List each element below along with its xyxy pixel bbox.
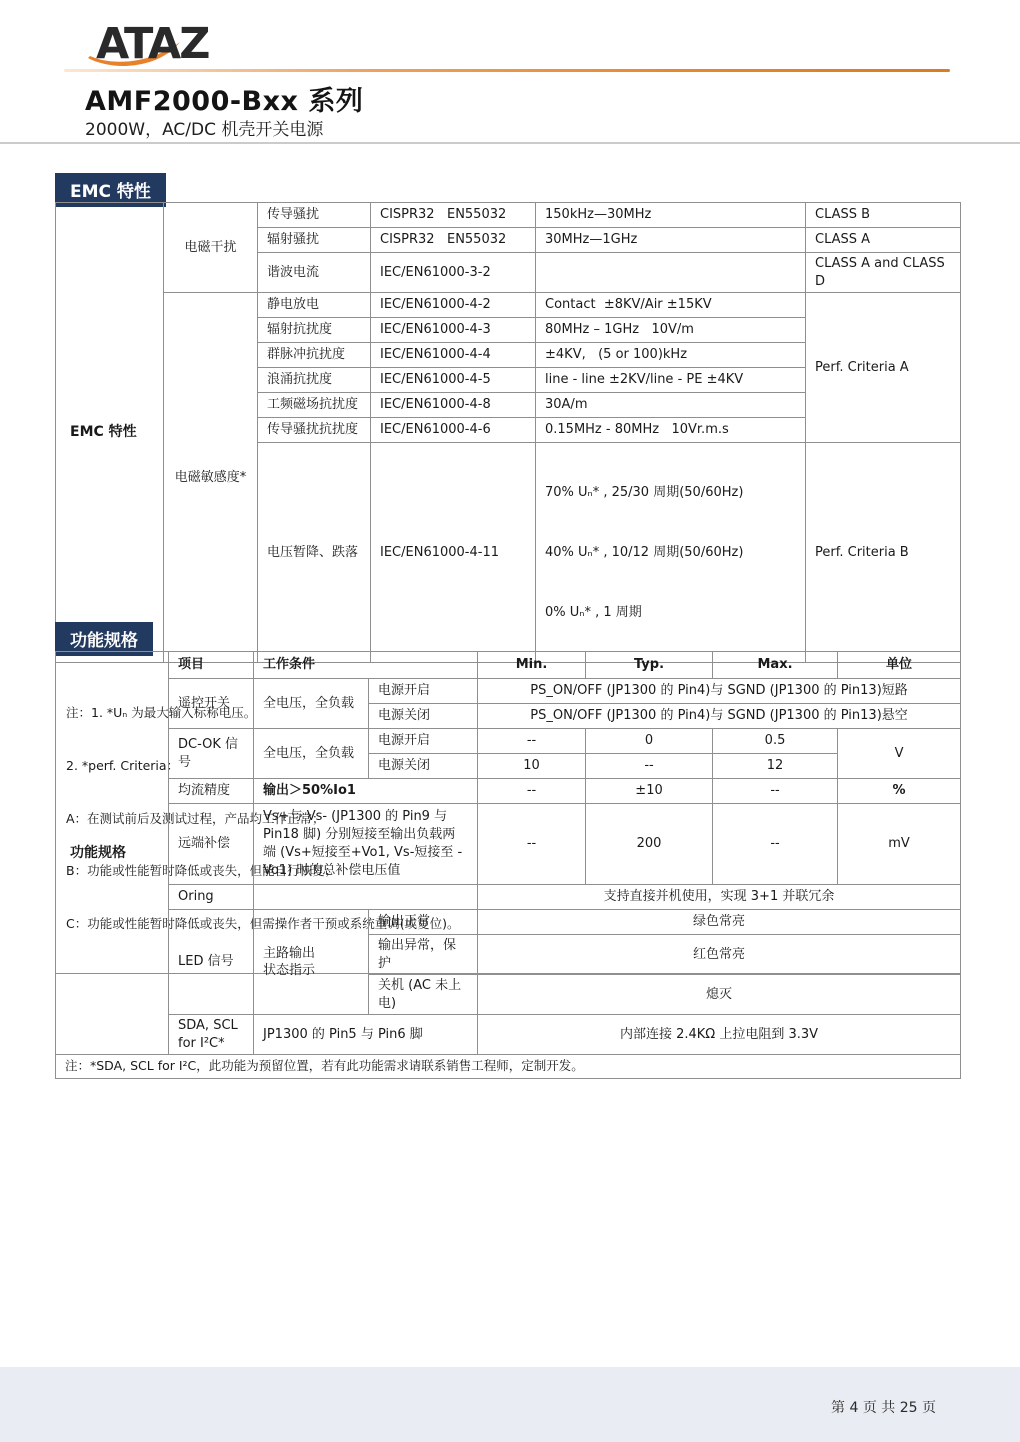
emc-cond-cell bbox=[536, 253, 806, 293]
table-row: SDA, SCL for I²C* JP1300 的 Pin5 与 Pin6 脚… bbox=[56, 1015, 961, 1055]
table-row: LED 信号 主路输出 状态指示 输出正常 绿色常亮 bbox=[56, 910, 961, 935]
spec-value-cell: 熄灭 bbox=[478, 975, 961, 1015]
spec-cond-cell: 主路输出 状态指示 bbox=[254, 910, 369, 1015]
emc-cond-cell: 30A/m bbox=[536, 393, 806, 418]
table-row: DC-OK 信号 全电压，全负载 电源开启 -- 0 0.5 V bbox=[56, 729, 961, 754]
dips-line: 0% Uₙ* , 1 周期 bbox=[545, 600, 796, 625]
spec-typ-cell: 200 bbox=[586, 804, 713, 885]
spec-max-cell: -- bbox=[713, 779, 838, 804]
col-header-unit: 单位 bbox=[838, 652, 961, 679]
emc-item-cell: 辐射抗扰度 bbox=[258, 318, 371, 343]
emc-std-cell: IEC/EN61000-4-5 bbox=[371, 368, 536, 393]
table-row: 电磁敏感度* 静电放电 IEC/EN61000-4-2 Contact ±8KV… bbox=[56, 293, 961, 318]
spec-item-cell: LED 信号 bbox=[169, 910, 254, 1015]
emc-item-cell: 传导骚扰 bbox=[258, 203, 371, 228]
col-header-min: Min. bbox=[478, 652, 586, 679]
spec-table: 功能规格 项目 工作条件 Min. Typ. Max. 单位 遥控开关 全电压，… bbox=[55, 651, 961, 1079]
spec-cond-cell: JP1300 的 Pin5 与 Pin6 脚 bbox=[254, 1015, 478, 1055]
emc-cond-cell: 30MHz—1GHz bbox=[536, 228, 806, 253]
emc-std-cell: CISPR32 EN55032 bbox=[371, 228, 536, 253]
spec-value-cell: 绿色常亮 bbox=[478, 910, 961, 935]
spec-min-cell: -- bbox=[478, 779, 586, 804]
spec-side-label: 功能规格 bbox=[56, 652, 169, 1055]
spec-item-cell: SDA, SCL for I²C* bbox=[169, 1015, 254, 1055]
spec-item-cell: DC-OK 信号 bbox=[169, 729, 254, 779]
emc-side-label: EMC 特性 bbox=[56, 203, 164, 663]
spec-cond-cell: Vs+与 Vs- (JP1300 的 Pin9 与 Pin18 脚) 分别短接至… bbox=[254, 804, 478, 885]
spec-unit-cell: mV bbox=[838, 804, 961, 885]
emc-item-cell: 浪涌抗扰度 bbox=[258, 368, 371, 393]
page-title: AMF2000-Bxx 系列 bbox=[85, 79, 363, 118]
table-row: 注：*SDA, SCL for I²C，此功能为预留位置，若有此功能需求请联系销… bbox=[56, 1055, 961, 1079]
table-header-row: 功能规格 项目 工作条件 Min. Typ. Max. 单位 bbox=[56, 652, 961, 679]
spec-min-cell: -- bbox=[478, 804, 586, 885]
spec-value-cell: 支持直接并机使用，实现 3+1 并联冗余 bbox=[478, 885, 961, 910]
header-accent-rule bbox=[64, 69, 950, 72]
page-number: 第 4 页 共 25 页 bbox=[831, 1397, 936, 1417]
spec-subcond-cell: 电源开启 bbox=[369, 729, 478, 754]
spec-cond-cell: 全电压，全负载 bbox=[254, 729, 369, 779]
table-row: Oring 支持直接并机使用，实现 3+1 并联冗余 bbox=[56, 885, 961, 910]
dips-line: 70% Uₙ* , 25/30 周期(50/60Hz) bbox=[545, 480, 796, 505]
emc-std-cell: IEC/EN61000-4-8 bbox=[371, 393, 536, 418]
spec-cond-cell: 输出＞50%Io1 bbox=[254, 779, 478, 804]
emc-item-cell: 工频磁场抗扰度 bbox=[258, 393, 371, 418]
spec-min-cell: 10 bbox=[478, 754, 586, 779]
col-header-typ: Typ. bbox=[586, 652, 713, 679]
datasheet-page: ATAZ AMF2000-Bxx 系列 2000W，AC/DC 机壳开关电源 E… bbox=[0, 0, 1020, 1442]
emc-std-cell: IEC/EN61000-4-11 bbox=[371, 443, 536, 663]
footer-band: 第 4 页 共 25 页 bbox=[0, 1367, 1020, 1442]
spec-item-cell: Oring bbox=[169, 885, 254, 910]
spec-value-cell: PS_ON/OFF (JP1300 的 Pin4)与 SGND (JP1300 … bbox=[478, 679, 961, 704]
emc-std-cell: IEC/EN61000-4-6 bbox=[371, 418, 536, 443]
emc-cond-cell: 80MHz – 1GHz 10V/m bbox=[536, 318, 806, 343]
table-row: EMC 特性 电磁干扰 传导骚扰 CISPR32 EN55032 150kHz—… bbox=[56, 203, 961, 228]
emc-item-cell: 电压暂降、跌落 bbox=[258, 443, 371, 663]
emc-item-cell: 静电放电 bbox=[258, 293, 371, 318]
emc-std-cell: IEC/EN61000-3-2 bbox=[371, 253, 536, 293]
spec-typ-cell: 0 bbox=[586, 729, 713, 754]
header-divider bbox=[0, 142, 1020, 144]
spec-unit-cell: V bbox=[838, 729, 961, 779]
emc-class-cell: CLASS A and CLASS D bbox=[806, 253, 961, 293]
emc-class-cell: CLASS B bbox=[806, 203, 961, 228]
emc-cond-cell: 0.15MHz - 80MHz 10Vr.m.s bbox=[536, 418, 806, 443]
emc-cond-cell: line - line ±2KV/line - PE ±4KV bbox=[536, 368, 806, 393]
spec-value-cell: 内部连接 2.4KΩ 上拉电阻到 3.3V bbox=[478, 1015, 961, 1055]
emc-class-cell: CLASS A bbox=[806, 228, 961, 253]
emc-item-cell: 群脉冲抗扰度 bbox=[258, 343, 371, 368]
emc-cond-cell: Contact ±8KV/Air ±15KV bbox=[536, 293, 806, 318]
table-row: 均流精度 输出＞50%Io1 -- ±10 -- % bbox=[56, 779, 961, 804]
spec-min-cell: -- bbox=[478, 729, 586, 754]
spec-subcond-cell: 电源开启 bbox=[369, 679, 478, 704]
spec-subcond-cell: 电源关闭 bbox=[369, 754, 478, 779]
spec-typ-cell: -- bbox=[586, 754, 713, 779]
emc-std-cell: IEC/EN61000-4-2 bbox=[371, 293, 536, 318]
emc-std-cell: IEC/EN61000-4-4 bbox=[371, 343, 536, 368]
spec-item-cell: 遥控开关 bbox=[169, 679, 254, 729]
spec-max-cell: 0.5 bbox=[713, 729, 838, 754]
emc-group-ems: 电磁敏感度* bbox=[164, 293, 258, 663]
emc-cond-cell: 150kHz—30MHz bbox=[536, 203, 806, 228]
spec-subcond-cell: 输出异常，保护 bbox=[369, 935, 478, 975]
emc-perf-b-cell: Perf. Criteria B bbox=[806, 443, 961, 663]
emc-perf-a-cell: Perf. Criteria A bbox=[806, 293, 961, 443]
table-row: 远端补偿 Vs+与 Vs- (JP1300 的 Pin9 与 Pin18 脚) … bbox=[56, 804, 961, 885]
emc-dips-cell: 70% Uₙ* , 25/30 周期(50/60Hz) 40% Uₙ* , 10… bbox=[536, 443, 806, 663]
spec-max-cell: 12 bbox=[713, 754, 838, 779]
dips-line: 40% Uₙ* , 10/12 周期(50/60Hz) bbox=[545, 540, 796, 565]
spec-cond-cell bbox=[254, 885, 478, 910]
spec-unit-cell: % bbox=[838, 779, 961, 804]
spec-cond-cell: 全电压，全负载 bbox=[254, 679, 369, 729]
spec-item-cell: 均流精度 bbox=[169, 779, 254, 804]
spec-note-cell: 注：*SDA, SCL for I²C，此功能为预留位置，若有此功能需求请联系销… bbox=[56, 1055, 961, 1079]
col-header-cond: 工作条件 bbox=[254, 652, 478, 679]
logo-text: ATAZ bbox=[96, 19, 209, 69]
emc-item-cell: 谐波电流 bbox=[258, 253, 371, 293]
col-header-item: 项目 bbox=[169, 652, 254, 679]
emc-std-cell: IEC/EN61000-4-3 bbox=[371, 318, 536, 343]
spec-subcond-cell: 输出正常 bbox=[369, 910, 478, 935]
spec-value-cell: PS_ON/OFF (JP1300 的 Pin4)与 SGND (JP1300 … bbox=[478, 704, 961, 729]
table-row: 遥控开关 全电压，全负载 电源开启 PS_ON/OFF (JP1300 的 Pi… bbox=[56, 679, 961, 704]
spec-item-cell: 远端补偿 bbox=[169, 804, 254, 885]
ataz-logo: ATAZ bbox=[80, 12, 245, 72]
spec-typ-cell: ±10 bbox=[586, 779, 713, 804]
col-header-max: Max. bbox=[713, 652, 838, 679]
emc-std-cell: CISPR32 EN55032 bbox=[371, 203, 536, 228]
spec-max-cell: -- bbox=[713, 804, 838, 885]
emc-cond-cell: ±4KV, (5 or 100)kHz bbox=[536, 343, 806, 368]
emc-item-cell: 辐射骚扰 bbox=[258, 228, 371, 253]
emc-item-cell: 传导骚扰抗扰度 bbox=[258, 418, 371, 443]
spec-value-cell: 红色常亮 bbox=[478, 935, 961, 975]
spec-table-container: 功能规格 项目 工作条件 Min. Typ. Max. 单位 遥控开关 全电压，… bbox=[55, 651, 961, 1079]
spec-subcond-cell: 关机 (AC 未上电) bbox=[369, 975, 478, 1015]
emc-group-emi: 电磁干扰 bbox=[164, 203, 258, 293]
spec-subcond-cell: 电源关闭 bbox=[369, 704, 478, 729]
page-subtitle: 2000W，AC/DC 机壳开关电源 bbox=[85, 115, 323, 140]
